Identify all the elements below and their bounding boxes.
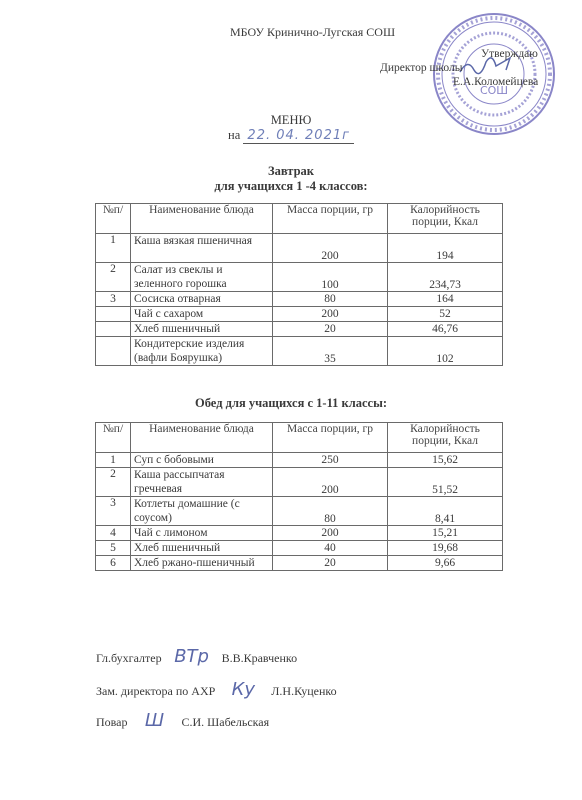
signature-role: Гл.бухгалтер <box>96 651 162 665</box>
signature-role: Повар <box>96 715 128 729</box>
table-row: 1Каша вязкая пшеничная200194 <box>96 234 503 263</box>
table-row: 4Чай с лимоном20015,21 <box>96 526 503 541</box>
row-number: 6 <box>96 556 131 571</box>
dish-name: Суп с бобовыми <box>131 453 273 468</box>
lunch-table: №п/ Наименование блюда Масса порции, гр … <box>95 422 503 571</box>
portion-mass: 200 <box>273 468 388 497</box>
table-row: Чай с сахаром20052 <box>96 307 503 322</box>
signature-line: Повар Ш С.И. Шабельская <box>96 710 269 731</box>
row-number: 5 <box>96 541 131 556</box>
portion-calories: 15,62 <box>388 453 503 468</box>
column-header: Калорийность порции, Ккал <box>388 423 503 453</box>
column-header: Масса порции, гр <box>273 204 388 234</box>
dish-name: Каша рассыпчатая гречневая <box>131 468 273 497</box>
menu-date: на 22. 04. 2021г <box>0 128 582 143</box>
dish-name: Чай с лимоном <box>131 526 273 541</box>
signature-role: Зам. директора по АХР <box>96 684 215 698</box>
portion-calories: 8,41 <box>388 497 503 526</box>
table-row: 6Хлеб ржано-пшеничный209,66 <box>96 556 503 571</box>
table-row: 1Суп с бобовыми25015,62 <box>96 453 503 468</box>
dish-name: Каша вязкая пшеничная <box>131 234 273 263</box>
signature-scribble-icon: Ш <box>131 710 179 731</box>
dish-name: Котлеты домашние (с соусом) <box>131 497 273 526</box>
portion-calories: 164 <box>388 292 503 307</box>
dish-name: Чай с сахаром <box>131 307 273 322</box>
table-row: 2Салат из свеклы и зеленного горошка1002… <box>96 263 503 292</box>
dish-name: Хлеб пшеничный <box>131 322 273 337</box>
column-header: №п/ <box>96 204 131 234</box>
organization-name: МБОУ Кринично-Лугская СОШ <box>230 25 395 40</box>
signature-name: В.В.Кравченко <box>222 651 298 665</box>
dish-name: Сосиска отварная <box>131 292 273 307</box>
table-row: 5Хлеб пшеничный4019,68 <box>96 541 503 556</box>
row-number <box>96 307 131 322</box>
portion-calories: 46,76 <box>388 322 503 337</box>
table-header: №п/ Наименование блюда Масса порции, гр … <box>96 423 503 453</box>
portion-mass: 200 <box>273 234 388 263</box>
dish-name: Салат из свеклы и зеленного горошка <box>131 263 273 292</box>
portion-mass: 200 <box>273 307 388 322</box>
lunch-title: Обед для учащихся с 1-11 классы: <box>0 396 582 411</box>
row-number <box>96 337 131 366</box>
portion-mass: 80 <box>273 497 388 526</box>
breakfast-title: Завтрак <box>0 164 582 179</box>
row-number: 3 <box>96 292 131 307</box>
portion-calories: 9,66 <box>388 556 503 571</box>
portion-mass: 250 <box>273 453 388 468</box>
portion-mass: 80 <box>273 292 388 307</box>
row-number: 2 <box>96 263 131 292</box>
signature-scribble-icon: ВТр <box>165 646 219 667</box>
menu-title: МЕНЮ <box>0 113 582 128</box>
portion-calories: 194 <box>388 234 503 263</box>
signature-name: С.И. Шабельская <box>182 715 270 729</box>
director-label: Директор школы <box>380 62 462 74</box>
row-number: 4 <box>96 526 131 541</box>
column-header: Наименование блюда <box>131 423 273 453</box>
signature-name: Л.Н.Куценко <box>271 684 336 698</box>
row-number: 1 <box>96 234 131 263</box>
table-row: Хлеб пшеничный2046,76 <box>96 322 503 337</box>
signature-line: Гл.бухгалтер ВТр В.В.Кравченко <box>96 646 297 667</box>
row-number: 3 <box>96 497 131 526</box>
portion-calories: 19,68 <box>388 541 503 556</box>
table-header: №п/ Наименование блюда Масса порции, гр … <box>96 204 503 234</box>
breakfast-subtitle: для учащихся 1 -4 классов: <box>0 179 582 194</box>
director-name: Е.А.Коломейцева <box>453 76 538 88</box>
handwritten-date: 22. 04. 2021г <box>243 128 354 144</box>
table-row: 3Котлеты домашние (с соусом)808,41 <box>96 497 503 526</box>
dish-name: Кондитерские изделия (вафли Боярушка) <box>131 337 273 366</box>
column-header: Наименование блюда <box>131 204 273 234</box>
table-row: Кондитерские изделия (вафли Боярушка)351… <box>96 337 503 366</box>
portion-calories: 102 <box>388 337 503 366</box>
signature-scribble-icon: Ку <box>218 679 268 700</box>
row-number: 2 <box>96 468 131 497</box>
portion-mass: 40 <box>273 541 388 556</box>
table-row: 3Сосиска отварная80164 <box>96 292 503 307</box>
column-header: Масса порции, гр <box>273 423 388 453</box>
table-row: 2Каша рассыпчатая гречневая20051,52 <box>96 468 503 497</box>
dish-name: Хлеб пшеничный <box>131 541 273 556</box>
portion-calories: 52 <box>388 307 503 322</box>
portion-calories: 234,73 <box>388 263 503 292</box>
approve-label: Утверждаю <box>481 48 538 60</box>
signature-line: Зам. директора по АХР Ку Л.Н.Куценко <box>96 679 337 700</box>
portion-mass: 200 <box>273 526 388 541</box>
row-number: 1 <box>96 453 131 468</box>
portion-mass: 100 <box>273 263 388 292</box>
date-prefix: на <box>228 128 240 142</box>
portion-mass: 20 <box>273 322 388 337</box>
portion-mass: 20 <box>273 556 388 571</box>
column-header: №п/ <box>96 423 131 453</box>
row-number <box>96 322 131 337</box>
portion-calories: 15,21 <box>388 526 503 541</box>
dish-name: Хлеб ржано-пшеничный <box>131 556 273 571</box>
portion-mass: 35 <box>273 337 388 366</box>
column-header: Калорийность порции, Ккал <box>388 204 503 234</box>
breakfast-table: №п/ Наименование блюда Масса порции, гр … <box>95 203 503 366</box>
portion-calories: 51,52 <box>388 468 503 497</box>
